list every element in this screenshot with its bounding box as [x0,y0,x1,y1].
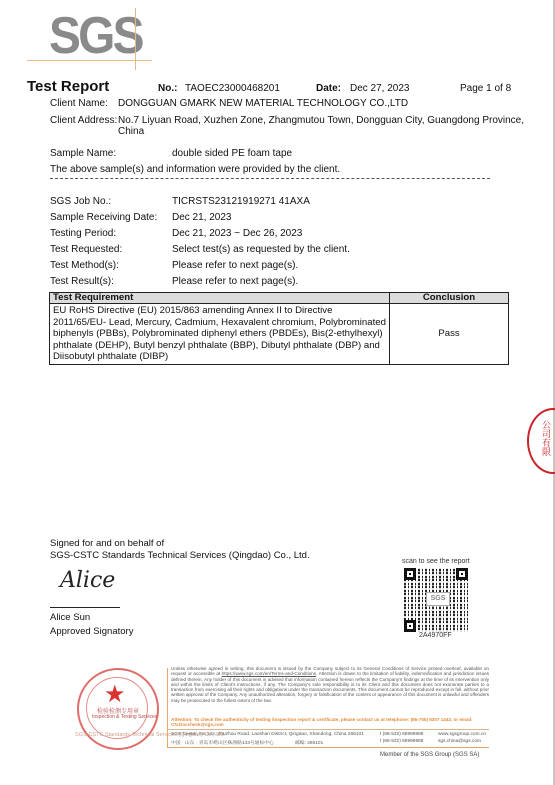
page-number: Page 1 of 8 [460,83,511,94]
footer-divider-vertical [167,668,168,748]
signed-on-behalf: Signed for and on behalf of [50,538,164,550]
test-requested-label: Test Requested: [50,244,122,256]
address-cn: 中国 · 山东 · 青岛市崂山区株洲路143号通标中心 [171,739,274,746]
footer-divider-bottom [167,747,489,748]
test-requested-value: Select test(s) as requested by the clien… [172,244,350,256]
table-row: EU RoHS Directive (EU) 2015/863 amending… [50,304,509,365]
signature-line [50,607,120,608]
testing-period-value: Dec 21, 2023 ~ Dec 26, 2023 [172,228,302,240]
requirement-cell: EU RoHS Directive (EU) 2015/863 amending… [50,304,390,365]
test-result-value: Please refer to next page(s). [172,276,298,288]
test-requirement-table: Test Requirement Conclusion EU RoHS Dire… [49,292,509,365]
table-header-row: Test Requirement Conclusion [50,293,509,304]
header-test-requirement: Test Requirement [50,293,390,304]
address-en: SGS Center, No.143, Zhuzhou Road, Laosha… [171,732,364,737]
report-no-label: No.: [158,83,177,94]
client-name-label: Client Name: [50,98,108,110]
email-link[interactable]: sgs.china@sgs.com [438,739,481,744]
telephone-1: t (86-532) 68999888 [380,732,423,737]
client-address-line2: China [118,126,144,138]
testing-period-label: Testing Period: [50,228,116,240]
logo-rule-vertical [135,8,136,70]
authenticity-notice: Attention: To check the authenticity of … [171,717,489,728]
terms-fine-print: Unless otherwise agreed in writing, this… [171,666,489,703]
company-stamp-edge-text: 公司有限 [540,420,553,456]
report-title: Test Report [27,78,109,95]
qr-finder-icon [404,620,416,632]
website-link[interactable]: www.sgsgroup.com.cn [438,732,486,737]
qr-finder-icon [404,568,416,580]
test-method-label: Test Method(s): [50,260,119,272]
conclusion-cell: Pass [390,304,509,365]
telephone-2: t (86-532) 68999888 [380,739,423,744]
inspection-stamp-text-en: Inspection & Testing Services [92,714,157,720]
signing-company: SGS-CSTC Standards Technical Services (Q… [50,550,310,562]
sample-note: The above sample(s) and information were… [50,164,340,176]
header-conclusion: Conclusion [390,293,509,304]
sgs-logo-text: SGS [49,10,142,62]
postcode: 邮编: 266101 [295,739,323,746]
receiving-date-label: Sample Receiving Date: [50,212,157,224]
qr-code-id: 2A4970FF [419,632,452,639]
sample-name-value: double sided PE foam tape [172,148,292,160]
qr-caption: scan to see the report [402,558,470,565]
dashed-divider [50,178,490,180]
sgs-logo: SGS [47,8,143,70]
logo-rule-horizontal [27,60,152,61]
footer-divider [167,729,489,730]
job-no-label: SGS Job No.: [50,196,111,208]
test-method-value: Please refer to next page(s). [172,260,298,272]
sgs-membership: Member of the SGS Group (SGS SA) [380,752,479,758]
client-address-line1: No.7 Liyuan Road, Xuzhen Zone, Zhangmuto… [118,115,524,127]
receiving-date-value: Dec 21, 2023 [172,212,232,224]
job-no-value: TICRSTS23121919271 41AXA [172,196,310,208]
star-icon: ★ [104,680,126,709]
qr-finder-icon [456,568,468,580]
report-no-value: TAOEC23000468201 [185,83,280,94]
signatory-name: Alice Sun [50,612,90,624]
date-label: Date: [316,83,341,94]
test-result-label: Test Result(s): [50,276,114,288]
handwritten-signature: Alice [60,568,115,593]
client-address-label: Client Address: [50,115,117,127]
terms-link[interactable]: https://www.sgs.com/en/Terms-and-Conditi… [222,671,316,676]
date-value: Dec 27, 2023 [350,83,410,94]
client-name-value: DONGGUAN GMARK NEW MATERIAL TECHNOLOGY C… [118,98,408,110]
sample-name-label: Sample Name: [50,148,116,160]
qr-sgs-logo: SGS [426,592,450,606]
signatory-title: Approved Signatory [50,626,133,638]
